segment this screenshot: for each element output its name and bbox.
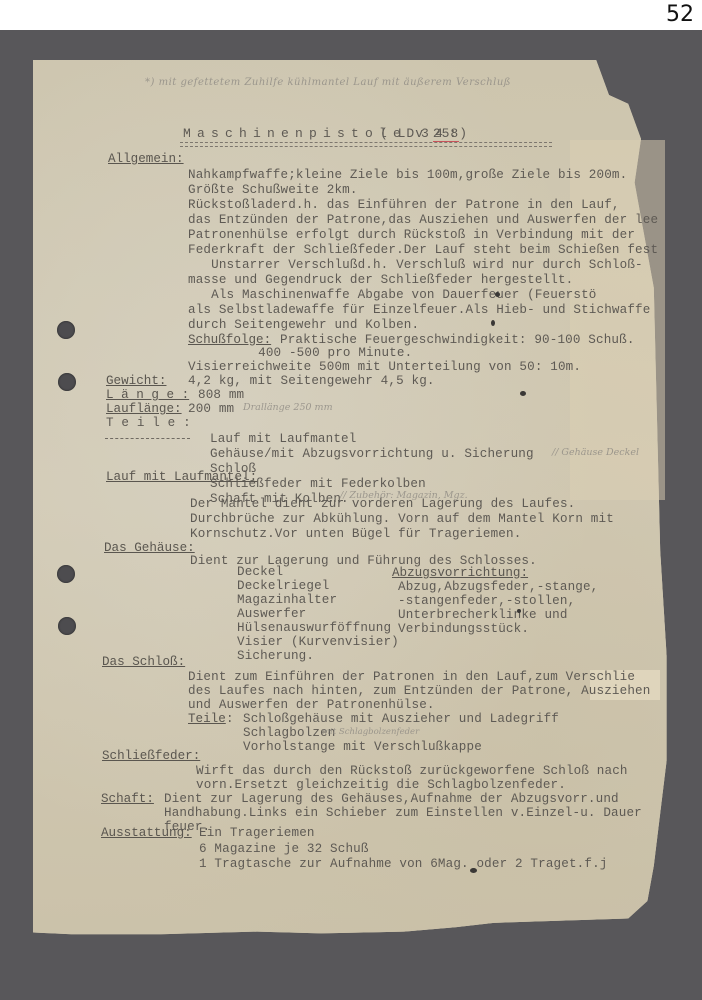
text-line: Durchbrüche zur Abkühlung. Vorn auf dem … <box>190 512 614 527</box>
text-line: Als Maschinenwaffe Abgabe von Dauerfeuer… <box>188 288 597 303</box>
text-line: und Auswerfen der Patronenhülse. <box>188 698 435 713</box>
page-number: 52 <box>666 2 694 27</box>
laenge-value: 808 mm <box>198 388 244 403</box>
subheading-teile: Teile <box>188 712 226 727</box>
punch-hole <box>58 373 76 391</box>
text-line: 400 -500 pro Minute. <box>235 346 412 361</box>
list-item: Sicherung. <box>237 649 314 664</box>
text-line: des Laufes nach hinten, zum Entzünden de… <box>188 684 650 699</box>
list-item: Unterbrecherklinke und <box>398 608 568 623</box>
text-line: Wirft das durch den Rückstoß zurückgewor… <box>196 764 628 779</box>
list-item: Ein Trageriemen <box>199 826 315 841</box>
list-item: Lauf mit Laufmantel <box>210 432 356 447</box>
handwritten-note: // Gehäuse Deckel <box>552 447 639 458</box>
ink-spot <box>495 292 500 297</box>
handwritten-note: mit Schlagbolzenfeder <box>322 727 419 737</box>
section-heading-gewicht: Gewicht: <box>106 374 166 389</box>
text-line: durch Seitengewehr und Kolben. <box>188 318 419 333</box>
text-line: Kornschutz.Vor unten Bügel für Trageriem… <box>190 527 521 542</box>
ink-spot <box>517 609 521 613</box>
list-item: Deckelriegel <box>237 579 330 594</box>
list-item: Vorholstange mit Verschlußkappe <box>243 740 482 755</box>
text-line: Unstarrer Verschlußd.h. Verschluß wird n… <box>188 258 643 273</box>
subheading-abzugsvorrichtung: Abzugsvorrichtung: <box>392 566 528 581</box>
section-heading-lauflaenge: Lauflänge: <box>106 402 182 417</box>
section-heading-laenge: L ä n g e : <box>106 388 189 403</box>
text-line: Dient zur Lagerung des Gehäuses,Aufnahme… <box>164 792 619 807</box>
ink-spot <box>491 320 495 326</box>
text-line: Größte Schußweite 2km. <box>188 183 358 198</box>
text-line: vorn.Ersetzt gleichzeitig die Schlagbolz… <box>196 778 566 793</box>
heading-rule <box>105 438 190 441</box>
list-item: Visier (Kurvenvisier) <box>237 635 399 650</box>
gewicht-value: 4,2 kg, mit Seitengewehr 4,5 kg. <box>188 374 435 389</box>
list-item: Verbindungsstück. <box>398 622 529 637</box>
lauflaenge-value: 200 mm <box>188 402 234 417</box>
list-item: -stangenfeder,-stollen, <box>398 594 575 609</box>
text-line: Handhabung.Links ein Schieber zum Einste… <box>164 806 642 821</box>
punch-hole <box>57 321 75 339</box>
section-heading-ausstattung: Ausstattung: <box>101 826 192 841</box>
section-heading-gehaeuse: Das Gehäuse: <box>104 541 195 556</box>
text-line: Visierreichweite 500m mit Unterteilung v… <box>188 360 581 375</box>
handwritten-note: *) mit gefettetem Zuhilfe kühlmantel Lau… <box>145 77 511 88</box>
section-heading-lauf: Lauf mit Laufmantel: <box>106 470 257 485</box>
text-line: Federkraft der Schließfeder.Der Lauf ste… <box>188 243 658 258</box>
text-line: das Entzünden der Patrone,das Ausziehen … <box>188 213 658 228</box>
list-item: 6 Magazine je 32 Schuß <box>199 842 369 857</box>
tape-strip <box>570 140 665 500</box>
reference-number: 258 <box>433 126 459 142</box>
list-item: 1 Tragtasche zur Aufnahme von 6Mag. oder… <box>199 857 608 872</box>
ink-spot <box>470 868 477 873</box>
text-line: als Selbstladewaffe für Einzelfeuer.Als … <box>188 303 650 318</box>
list-item: Deckel <box>237 565 283 580</box>
text-line: masse und Gegendruck der Schließfeder he… <box>188 273 573 288</box>
list-item: Magazinhalter <box>237 593 337 608</box>
section-heading-teile: T e i l e : <box>106 416 191 431</box>
text-line: Rückstoßladerd.h. das Einführen der Patr… <box>188 198 620 213</box>
text-line: Nahkampfwaffe;kleine Ziele bis 100m,groß… <box>188 168 627 183</box>
list-item: Gehäuse/mit Abzugsvorrichtung u. Sicheru… <box>210 447 534 462</box>
text-line: Der Mantel dient zur vorderen Lagerung d… <box>190 497 575 512</box>
colon: : <box>226 712 234 727</box>
text-line: Dient zum Einführen der Patronen in den … <box>188 670 635 685</box>
list-item: Auswerfer <box>237 607 306 622</box>
section-heading-allgemein: Allgemein: <box>108 152 184 167</box>
document-reference: ( LDv 258) <box>380 126 468 141</box>
section-heading-schloss: Das Schloß: <box>102 655 185 670</box>
punch-hole <box>58 617 76 635</box>
section-heading-schliessfeder: Schließfeder: <box>102 749 200 764</box>
list-item: Schloßgehäuse mit Auszieher und Ladegrif… <box>243 712 559 727</box>
text-line: Patronenhülse erfolgt durch Rückstoß in … <box>188 228 635 243</box>
ink-spot <box>520 391 526 396</box>
title-double-rule <box>180 142 552 147</box>
handwritten-note: Drallänge 250 mm <box>243 402 333 413</box>
list-item: Abzug,Abzugsfeder,-stange, <box>398 580 598 595</box>
list-item: Hülsenauswurföffnung <box>237 621 391 636</box>
punch-hole <box>57 565 75 583</box>
section-heading-schaft: Schaft: <box>101 792 154 807</box>
